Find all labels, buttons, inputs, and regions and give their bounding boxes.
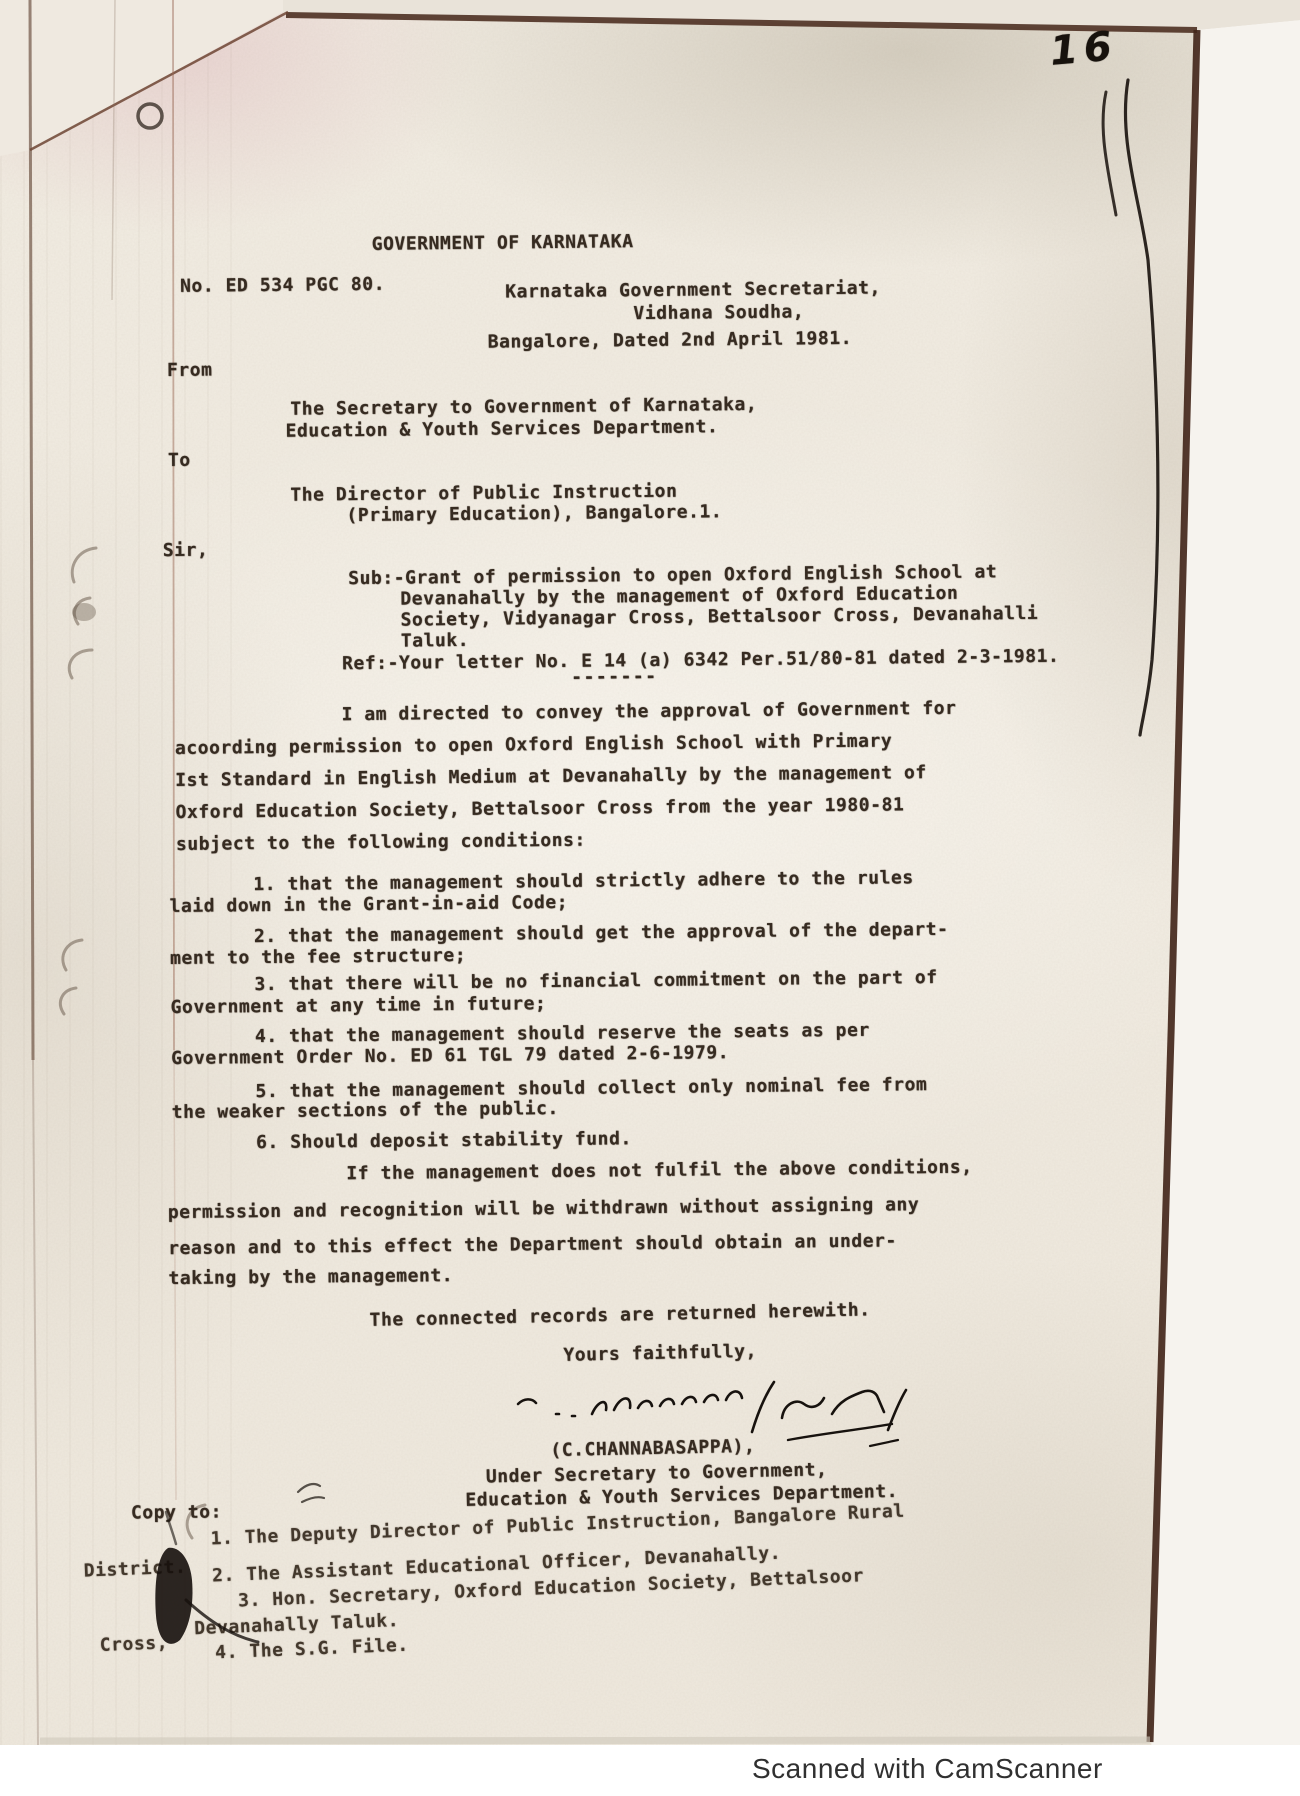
camscanner-watermark: Scanned with CamScanner: [752, 1753, 1103, 1785]
camscanner-bar: Scanned with CamScanner: [0, 1745, 1300, 1796]
signature-scribble: [518, 1382, 906, 1446]
scanned-letter-page: GOVERNMENT OF KARNATAKA No. ED 534 PGC 8…: [0, 0, 1300, 1796]
ink-blotch: [155, 1512, 258, 1644]
pen-scribble: [298, 80, 1158, 1502]
handwritten-ink-marks: [0, 0, 1300, 1796]
